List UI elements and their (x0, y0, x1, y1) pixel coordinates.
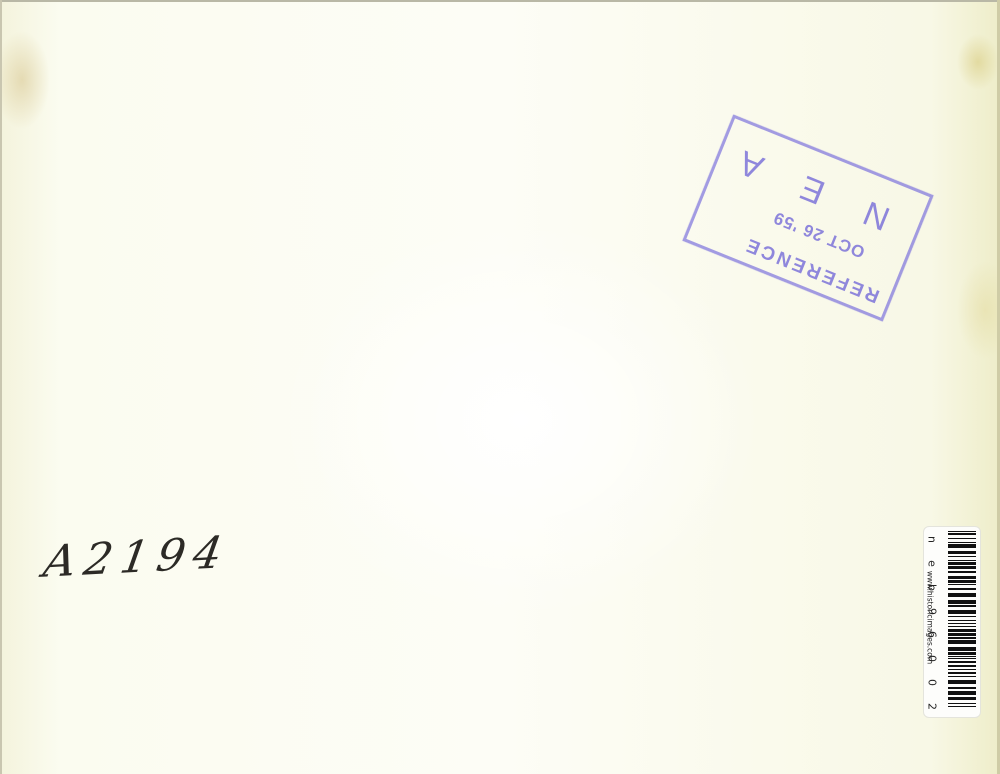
barcode-label: neb96002 www.historicimages.com (923, 526, 981, 718)
scan-edge-top (0, 0, 1000, 2)
barcode-website: www.historicimages.com (926, 548, 935, 688)
barcode-character: 2 (926, 700, 939, 712)
photo-back-paper (0, 0, 1000, 774)
barcode-character: n (926, 534, 939, 546)
barcode-icon (948, 531, 976, 711)
handwritten-id: A2194 (40, 527, 234, 588)
scan-edge-left (0, 0, 2, 774)
